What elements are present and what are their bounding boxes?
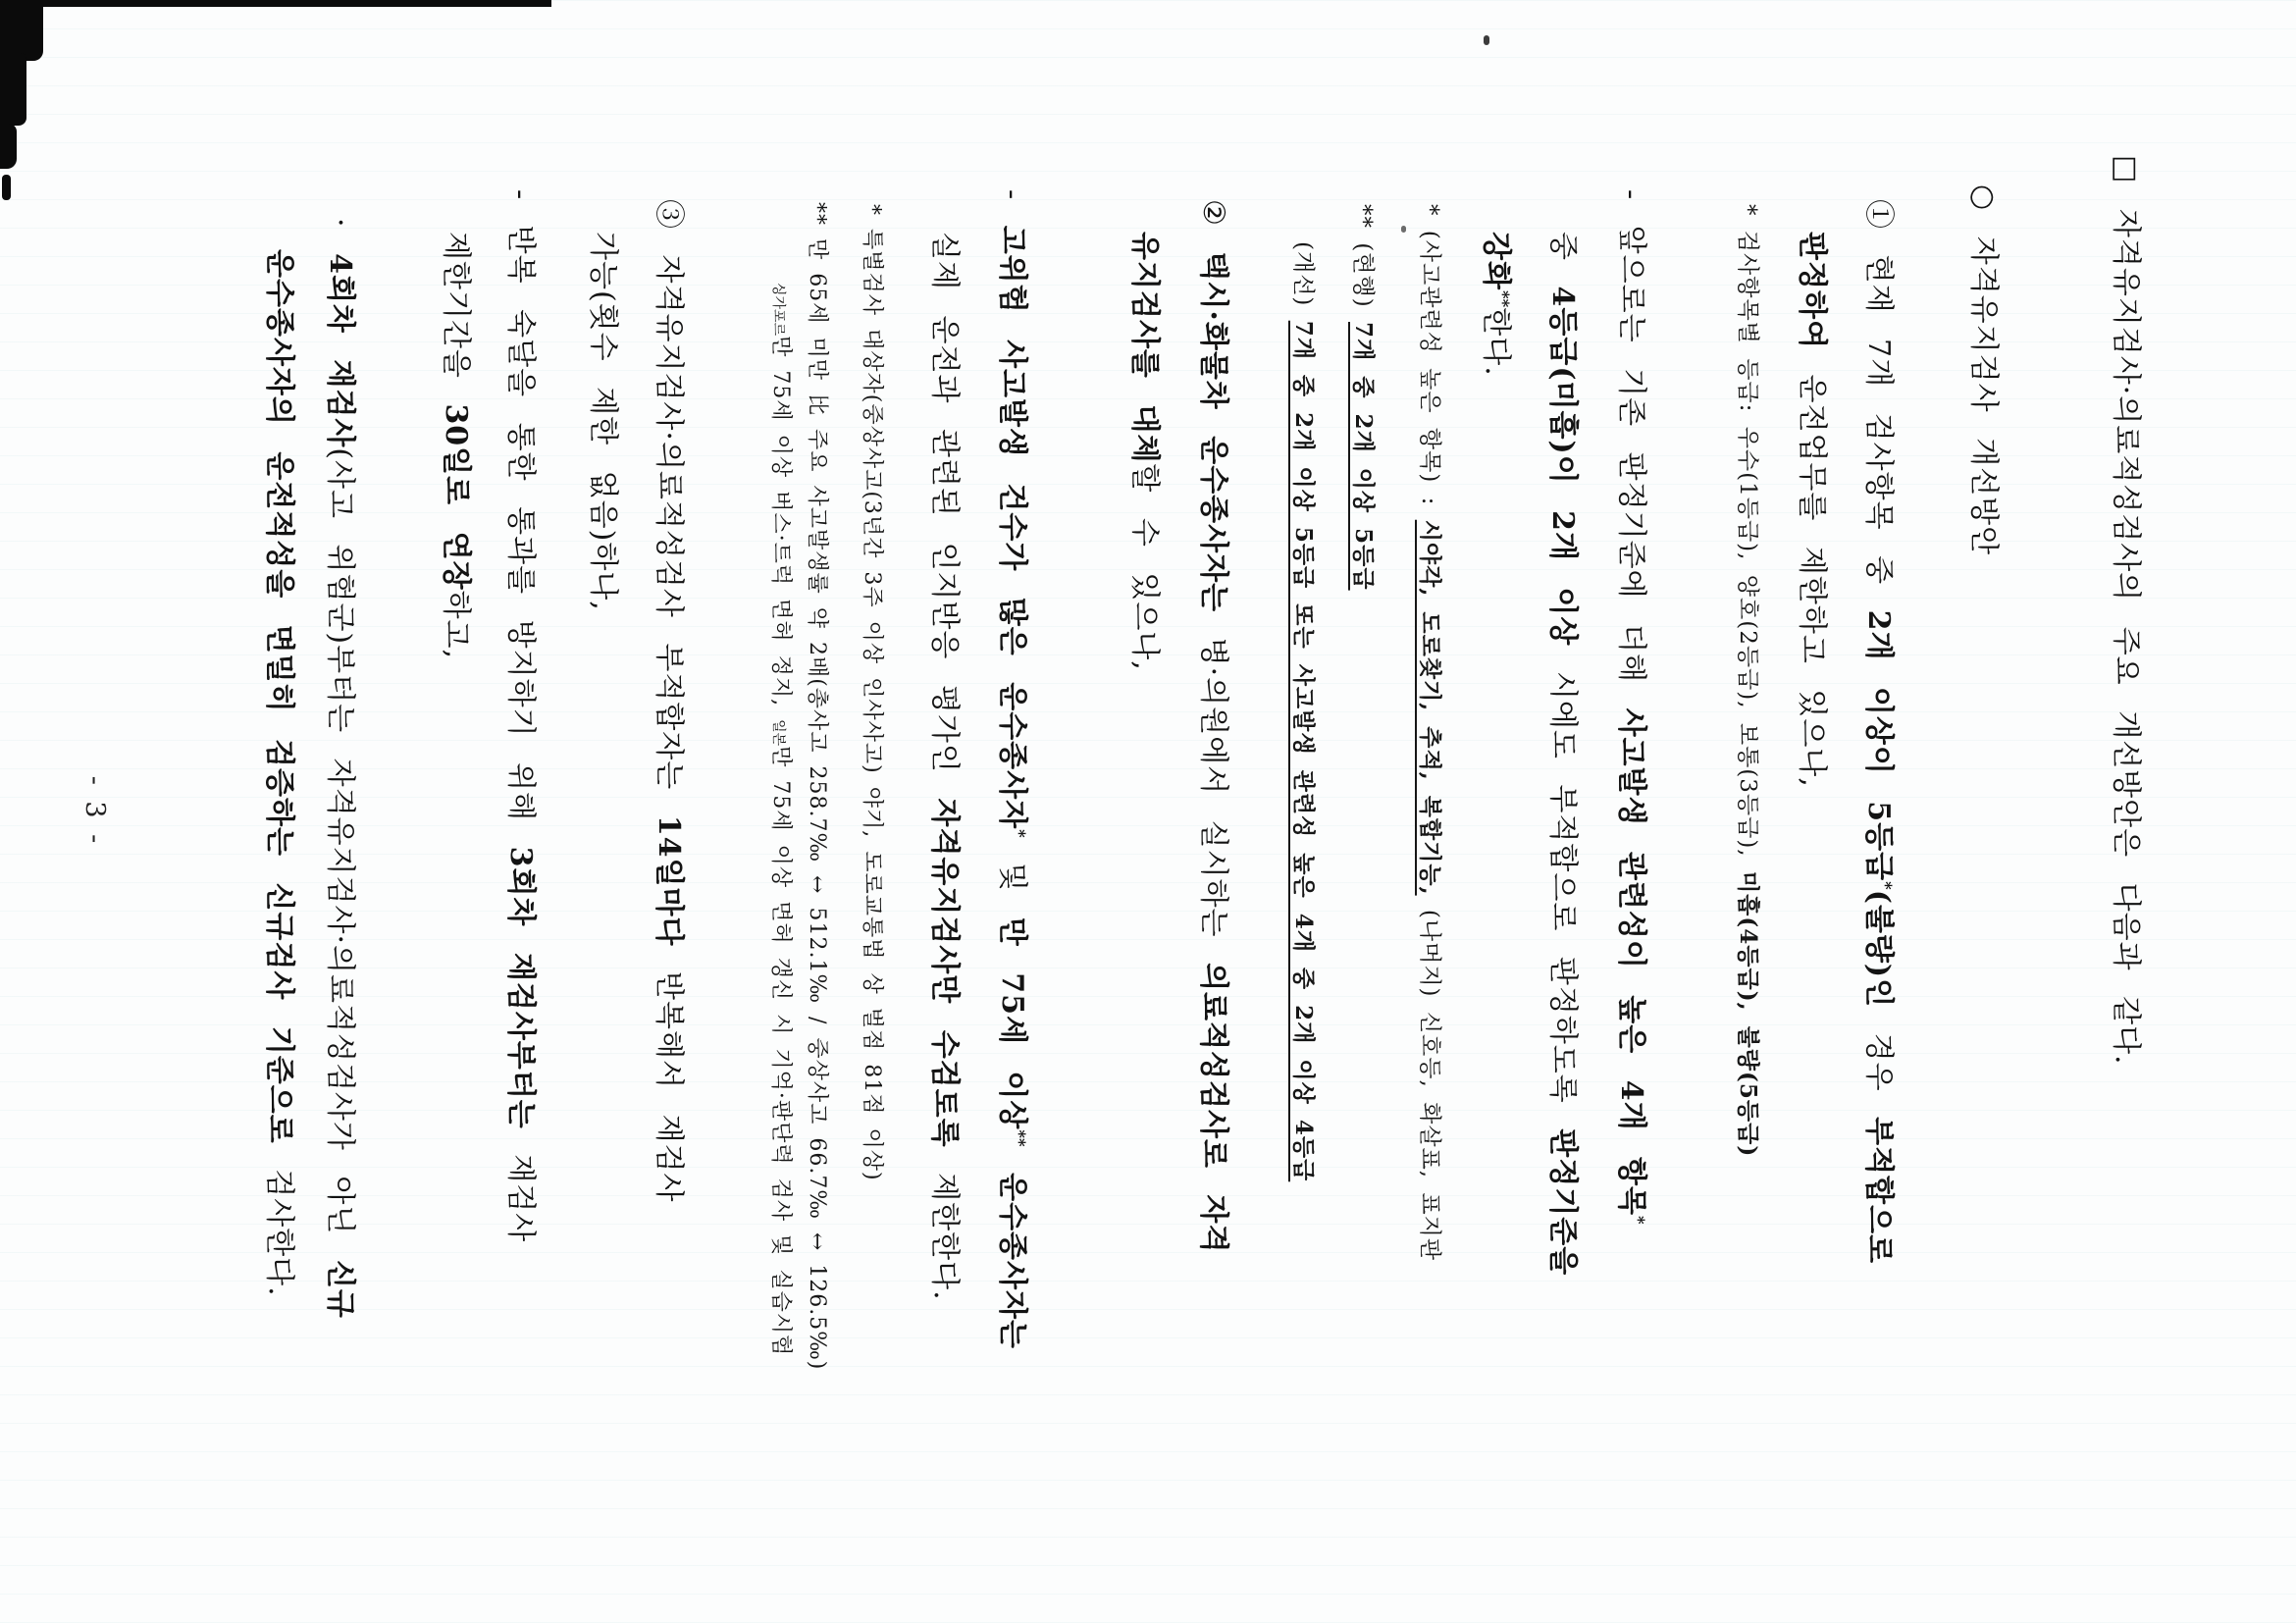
item1-dash-line3-seg: ** (1493, 290, 1512, 307)
item1-line1-seg: * (1876, 881, 1895, 890)
section-heading: ○ 자격유지검사 개선방안 (1965, 184, 2009, 555)
item2-dash-line1-seg: * (1010, 829, 1028, 838)
item2-line1-seg: ② (1196, 199, 1230, 251)
item1-dash-line2-seg: 시에도 부적합으로 판정하도록 (1545, 646, 1580, 1128)
footnote-special-test-seg: * 특별검사 대상자(중상사고(3년간 3주 이상 인사사고) 야기, 도로교통… (860, 204, 884, 1181)
footnote-accident-items: * (사고관련성 높은 항목) : 시야각, 도로찾기, 추적, 복합기능, (… (1416, 204, 1448, 1261)
item3-line2-seg: 가능(횟수 제한 없음)하나, (586, 232, 620, 611)
footnote-accident-items-seg: (나머지) 신호등, 화살표, 표지판 (1417, 896, 1442, 1261)
item3-dot-line2: 운수종사자의 운전적성을 면밀히 검증하는 신규검사 기준으로 검사한다. (261, 249, 304, 1297)
item2-dash-line2-seg: 제한한다. (927, 1148, 962, 1301)
item3-dot-line2-seg: 운수종사자의 운전적성을 면밀히 검증하는 신규검사 기준으로 (262, 249, 296, 1144)
item1-dash-line3-seg: 한다. (1479, 307, 1513, 377)
doc-title-seg: □ 자격유지검사·의료적성검사의 주요 개선방안은 다음과 같다. (2109, 155, 2143, 1066)
item1-line1-seg: 부적합으로 (1861, 1117, 1896, 1264)
item3-dash-line2-seg: 30일로 연장 (439, 403, 473, 590)
item3-dash-line1-seg: - 반복 숙달을 통한 통과를 방지하기 위해 (503, 189, 538, 847)
item3-dash-line2: 제한기간을 30일로 연장하고, (438, 232, 481, 659)
item1-line1: ① 현재 7개 검사항목 중 2개 이상이 5등급*(불량)인 경우 부적합으로 (1860, 199, 1904, 1264)
item3-dash-line2-seg: 하고, (439, 591, 473, 660)
item1-dash-line3: 강화**한다. (1478, 232, 1521, 377)
item3-dash-line1: - 반복 숙달을 통한 통과를 방지하기 위해 3회차 재검사부터는 재검사 (502, 189, 546, 1242)
footnote-foreign-cases-seg: 만 75세 이상 면허 갱신 시 기억·판단력 검사 및 실습시험 (768, 746, 793, 1356)
item3-line1-seg: 14일마다 (652, 815, 686, 947)
item1-dash-line2-seg: 4등급(미흡)이 2개 이상 (1545, 287, 1580, 647)
item2-dash-line1: - 고위험 사고발생 건수가 많은 운수종사자* 및 만 75세 이상** 운수… (994, 189, 1037, 1349)
item3-line2: 가능(횟수 제한 없음)하나, (585, 232, 628, 611)
item1-line1-seg: 2개 이상이 5등급 (1861, 610, 1896, 882)
item2-line1-seg: 의료적성검사로 자격 (1196, 963, 1230, 1253)
page-number: - 3 - (79, 0, 110, 1623)
item1-dash-line1-seg: 사고발생 관련성이 높은 4개 항목 (1614, 708, 1648, 1216)
item1-line2: 판정하여 운전업무를 제한하고 있으나, (1794, 232, 1837, 788)
item2-dash-line2-seg: 실제 운전과 관련된 인지반응 평가인 (927, 232, 962, 798)
item2-dash-line1-seg: 고위험 사고발생 건수가 많은 운수종사자 (995, 226, 1029, 829)
item1-line2-seg: 판정하여 (1795, 232, 1829, 349)
scan-speck-1 (1484, 35, 1489, 45)
item3-dot-line2-seg: 검사한다. (262, 1144, 296, 1297)
item2-dash-line2-seg: 자격유지검사만 수검토록 (927, 798, 962, 1147)
footnote-criteria-improved: (개선) 7개 중 2개 이상 5등급 또는 사고발생 관련성 높은 4개 중 … (1289, 241, 1322, 1181)
footnote-foreign-cases-seg: 일본 (770, 719, 786, 746)
item2-line1-seg: 택시·화물차 운수종사자는 (1196, 251, 1230, 612)
item2-line2-seg: 유지검사를 대체 (1127, 232, 1162, 463)
item1-line1-seg: ① 현재 7개 검사항목 중 (1861, 199, 1896, 610)
item3-dash-line2-seg: 제한기간을 (439, 232, 473, 403)
footnote-criteria-current-seg: ** (현행) (1350, 204, 1376, 322)
item3-dot-line1-seg: · (323, 218, 357, 253)
item2-line2-seg: 할 수 있으나, (1127, 463, 1162, 671)
footnote-accident-rate-seg: ** 만 65세 미만 比 주요 사고발생률 약 2배(총사고 258.7‰ ↔… (805, 202, 829, 1370)
item2-dash-line1-seg: 운수종사자는 (995, 1147, 1029, 1349)
item1-line1-seg: 경우 (1861, 1008, 1896, 1117)
footnote-special-test: * 특별검사 대상자(중상사고(3년간 3주 이상 인사사고) 야기, 도로교통… (859, 204, 889, 1181)
doc-title: □ 자격유지검사·의료적성검사의 주요 개선방안은 다음과 같다. (2108, 155, 2151, 1066)
item3-dot-line1-seg: 4회차 재검사 (323, 253, 357, 447)
footnote-accident-items-seg: * (사고관련성 높은 항목) : (1417, 204, 1442, 520)
item3-dot-line1-seg: (사고 위험군)부터는 자격유지검사·의료적성검사가 아닌 (323, 447, 357, 1260)
item2-dash-line1-seg: - (995, 189, 1029, 226)
item2-dash-line1-seg: ** (1010, 1129, 1028, 1146)
item3-line1: ③ 자격유지검사·의료적성검사 부적합자는 14일마다 반복해서 재검사 (651, 199, 694, 1202)
item1-dash-line1: - 앞으로는 기존 판정기준에 더해 사고발생 관련성이 높은 4개 항목* (1613, 189, 1656, 1225)
item3-dot-line1: · 4회차 재검사(사고 위험군)부터는 자격유지검사·의료적성검사가 아닌 신… (322, 218, 365, 1319)
item1-dash-line1-seg: - 앞으로는 기존 판정기준에 더해 (1614, 189, 1648, 708)
scanned-document-screenshot: - 3 - □ 자격유지검사·의료적성검사의 주요 개선방안은 다음과 같다.○… (0, 0, 2296, 1623)
item1-footnote-grades: * 검사항목별 등급: 우수(1등급), 양호(2등급), 보통(3등급), 미… (1734, 204, 1766, 1157)
item1-footnote-grades-seg: 미흡(4등급), 불량(5등급) (1735, 871, 1761, 1157)
footnote-criteria-improved-seg: 7개 중 2개 이상 5등급 또는 사고발생 관련성 높은 4개 중 2개 이상… (1290, 321, 1317, 1182)
scan-artifact-left-edge-3 (2, 175, 11, 200)
item1-footnote-grades-seg: * 검사항목별 등급: 우수(1등급), 양호(2등급), 보통(3등급), (1735, 204, 1760, 871)
item2-dash-line1-seg: 만 75세 이상 (995, 917, 1029, 1130)
item2-line2: 유지검사를 대체할 수 있으나, (1126, 232, 1170, 671)
item1-dash-line3-seg: 강화 (1479, 232, 1513, 290)
scan-artifact-top-edge (0, 0, 551, 7)
scan-artifact-left-edge-1 (0, 53, 26, 126)
item3-dot-line1-seg: 신규 (323, 1260, 357, 1319)
footnote-accident-items-seg: 시야각, 도로찾기, 추적, 복합기능, (1417, 520, 1443, 896)
footnote-criteria-current: ** (현행) 7개 중 2개 이상 5등급 (1349, 204, 1382, 591)
item1-line1-seg: (불량)인 (1861, 890, 1896, 1008)
section-heading-seg: ○ 자격유지검사 개선방안 (1966, 184, 2001, 555)
item3-dash-line1-seg: 재검사 (503, 1129, 538, 1242)
item3-line1-seg: 반복해서 재검사 (652, 947, 686, 1203)
scan-speck-2 (1401, 226, 1406, 233)
item1-dash-line2-seg: 중 (1545, 232, 1580, 287)
footnote-accident-rate: ** 만 65세 미만 比 주요 사고발생률 약 2배(총사고 258.7‰ ↔… (804, 202, 834, 1370)
item1-dash-line2: 중 4등급(미흡)이 2개 이상 시에도 부적합으로 판정하도록 판정기준을 (1544, 232, 1588, 1276)
scan-artifact-left-edge-2 (0, 124, 17, 169)
item1-line2-seg: 운전업무를 제한하고 있으나, (1795, 349, 1829, 788)
item3-dash-line1-seg: 3회차 재검사부터는 (503, 847, 538, 1129)
item2-line1-seg: 병·의원에서 실시하는 (1196, 612, 1230, 963)
scan-artifact-corner (0, 0, 43, 61)
document-page: - 3 - □ 자격유지검사·의료적성검사의 주요 개선방안은 다음과 같다.○… (0, 0, 2296, 1623)
item1-dash-line2-seg: 판정기준을 (1545, 1128, 1580, 1276)
footnote-criteria-improved-seg: (개선) (1290, 241, 1316, 321)
footnote-foreign-cases-seg: 싱가포르 (770, 283, 786, 336)
item3-line1-seg: ③ 자격유지검사·의료적성검사 부적합자는 (652, 199, 686, 815)
footnote-foreign-cases-seg: 만 75세 이상 버스·트럭 면허 정지, (768, 336, 793, 719)
item2-line1: ② 택시·화물차 운수종사자는 병·의원에서 실시하는 의료적성검사로 자격 (1195, 199, 1238, 1253)
item2-dash-line1-seg: 및 (995, 838, 1029, 917)
footnote-foreign-cases: 싱가포르만 75세 이상 버스·트럭 면허 정지, 일본만 75세 이상 면허 … (767, 283, 798, 1356)
footnote-criteria-current-seg: 7개 중 2개 이상 5등급 (1350, 322, 1377, 591)
item1-dash-line1-seg: * (1629, 1216, 1647, 1225)
item2-dash-line2: 실제 운전과 관련된 인지반응 평가인 자격유지검사만 수검토록 제한한다. (926, 232, 969, 1301)
